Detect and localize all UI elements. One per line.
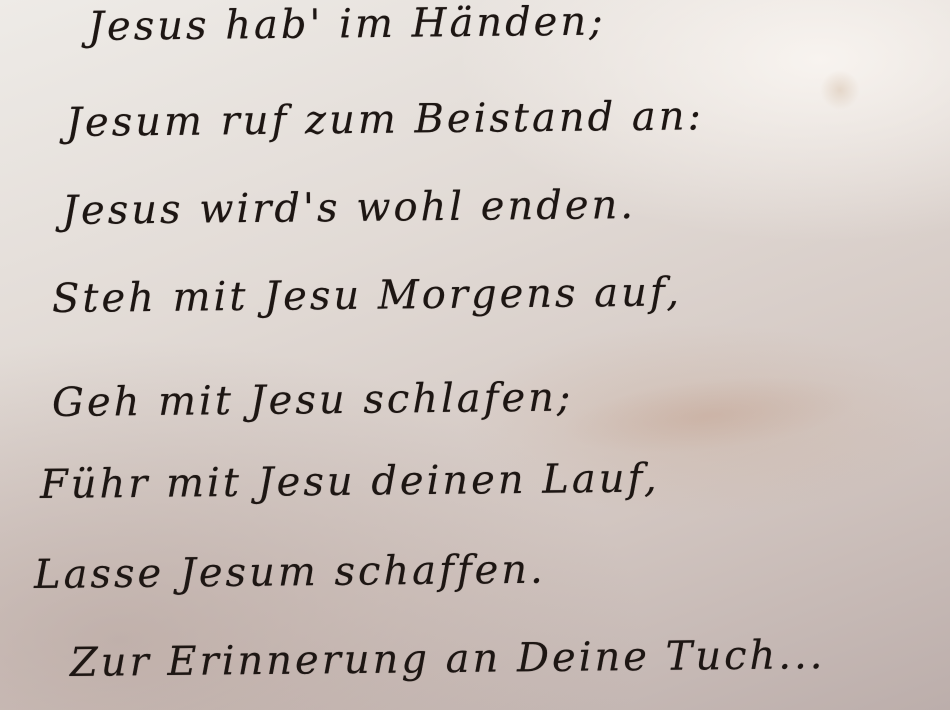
manuscript-line-7: Lasse Jesum schaffen. xyxy=(34,547,546,598)
paper-stain xyxy=(820,70,860,110)
manuscript-line-1: Jesus hab' im Händen; xyxy=(88,0,606,50)
manuscript-line-4: Steh mit Jesu Morgens auf, xyxy=(52,269,682,322)
manuscript-page: Jesus hab' im Händen; Jesum ruf zum Beis… xyxy=(0,0,950,710)
paper-stain xyxy=(557,365,863,466)
manuscript-line-2: Jesum ruf zum Beistand an: xyxy=(66,93,704,146)
manuscript-line-5: Geh mit Jesu schlafen; xyxy=(52,375,574,426)
manuscript-line-8-dedication: Zur Erinnerung an Deine Tuch... xyxy=(70,632,826,686)
manuscript-line-3: Jesus wird's wohl enden. xyxy=(62,182,636,234)
manuscript-line-6: Führ mit Jesu deinen Lauf, xyxy=(40,456,660,508)
